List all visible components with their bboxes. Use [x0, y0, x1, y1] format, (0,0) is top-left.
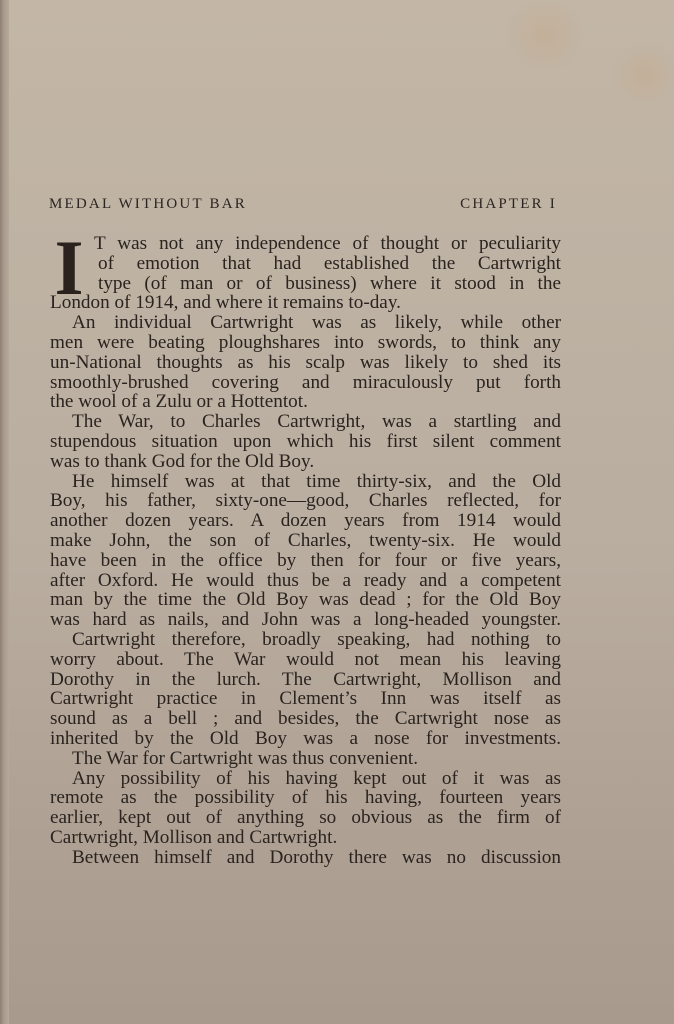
text-line: men were beating ploughshares into sword…: [50, 333, 561, 353]
text-line: T was not any independence of thought or…: [50, 234, 561, 254]
text-line: Between himself and Dorothy there was no…: [50, 848, 561, 868]
text-line: remote as the possibility of his having,…: [50, 788, 561, 808]
book-title: MEDAL WITHOUT BAR: [49, 196, 247, 213]
text-line: The War for Cartwright was thus convenie…: [50, 749, 561, 769]
text-line: after Oxford. He would thus be a ready a…: [50, 571, 561, 591]
text-line: Boy, his father, sixty-one—good, Charles…: [50, 491, 561, 511]
paragraph: Cartwright therefore, broadly speaking, …: [50, 630, 561, 749]
paragraph: The War for Cartwright was thus convenie…: [50, 749, 561, 769]
body-text: I T was not any independence of thought …: [50, 234, 561, 868]
text-line: was to thank God for the Old Boy.: [50, 452, 561, 472]
text-line: the wool of a Zulu or a Hottentot.: [50, 392, 561, 412]
text-line: earlier, kept out of anything so obvious…: [50, 808, 561, 828]
text-line: He himself was at that time thirty-six, …: [50, 472, 561, 492]
text-line: London of 1914, and where it remains to-…: [50, 293, 561, 313]
text-line: man by the time the Old Boy was dead ; f…: [50, 590, 561, 610]
text-line: have been in the office by then for four…: [50, 551, 561, 571]
drop-cap: I: [51, 239, 87, 295]
text-line: worry about. The War would not mean his …: [50, 650, 561, 670]
paragraph: T was not any independence of thought or…: [50, 234, 561, 313]
text-line: An individual Cartwright was as likely, …: [50, 313, 561, 333]
running-head: MEDAL WITHOUT BAR CHAPTER I: [49, 196, 557, 218]
paragraph: Any possibility of his having kept out o…: [50, 769, 561, 848]
text-line: Any possibility of his having kept out o…: [50, 769, 561, 789]
text-line: Dorothy in the lurch. The Cartwright, Mo…: [50, 670, 561, 690]
text-line: type (of man or of business) where it st…: [50, 274, 561, 294]
text-line: make John, the son of Charles, twenty-si…: [50, 531, 561, 551]
text-line: inherited by the Old Boy was a nose for …: [50, 729, 561, 749]
paragraph: The War, to Charles Cartwright, was a st…: [50, 412, 561, 471]
chapter-label: CHAPTER I: [460, 196, 557, 213]
text-line: Cartwright therefore, broadly speaking, …: [50, 630, 561, 650]
text-line: stupendous situation upon which his firs…: [50, 432, 561, 452]
page-gutter-edge: [0, 0, 9, 1024]
text-line: was hard as nails, and John was a long-h…: [50, 610, 561, 630]
text-line: Cartwright practice in Clement’s Inn was…: [50, 689, 561, 709]
text-line: smoothly-brushed covering and miraculous…: [50, 373, 561, 393]
text-line: sound as a bell ; and besides, the Cartw…: [50, 709, 561, 729]
text-line: Cartwright, Mollison and Cartwright.: [50, 828, 561, 848]
paragraph: He himself was at that time thirty-six, …: [50, 472, 561, 630]
paragraph: An individual Cartwright was as likely, …: [50, 313, 561, 412]
paper-stain: [500, 0, 590, 70]
text-line: The War, to Charles Cartwright, was a st…: [50, 412, 561, 432]
text-line: un-National thoughts as his scalp was li…: [50, 353, 561, 373]
text-line: of emotion that had established the Cart…: [50, 254, 561, 274]
text-line: another dozen years. A dozen years from …: [50, 511, 561, 531]
paper-stain: [610, 40, 674, 110]
paragraph: Between himself and Dorothy there was no…: [50, 848, 561, 868]
